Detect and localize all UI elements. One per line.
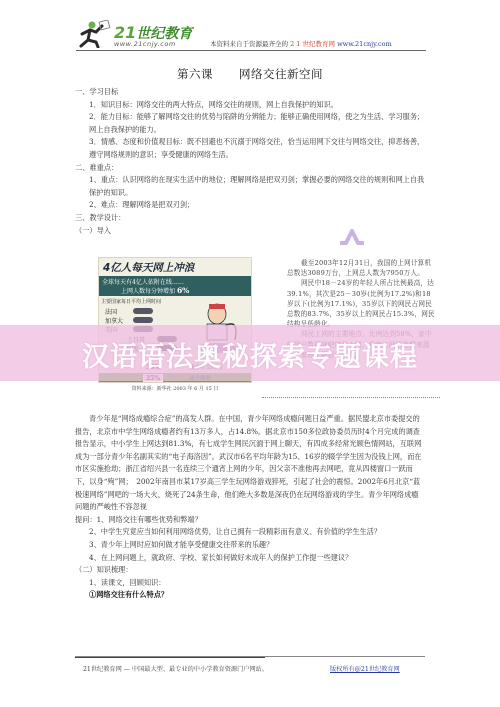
intro-section: 青少年是“网络成瘾综合症”的高发人群。在中国，青少年网络成瘾问题日益严重。据民盟… [75, 413, 425, 602]
logo-url: www.21cnjy.com [114, 40, 176, 48]
watermark-arc-icon [338, 227, 366, 245]
lesson-number: 第六课 [177, 67, 213, 81]
objective-item: 3．情感、态度和价值观目标：既不回避也不沉溺于网络交往，恰当运用网下交往与网络交… [75, 136, 425, 161]
course-banner-title[interactable]: 汉语语法奥秘探索专题课程 [0, 335, 500, 374]
stat-paragraph: 截至2003年12月31日，我国的上网计算机总数达3089万台，上网总人数为79… [287, 258, 437, 278]
runner-logo-icon [78, 20, 112, 48]
objective-item: 2．能力目标：能够了解网络交往的优势与陷阱的分辨能力；能够正确使用网络，使之为生… [75, 111, 425, 136]
figure-band-line1: 全球每天有4亿人依附在线…… [102, 277, 184, 286]
header-note-prefix: 本资料来自于资源最齐全的 [210, 40, 288, 48]
page-title: 第六课网络交往新空间 [0, 66, 500, 82]
intro-paragraph: 青少年是“网络成瘾综合症”的高发人群。在中国，青少年网络成瘾问题日益严重。据民盟… [75, 413, 425, 514]
question-line: 提问：1、网络交往有哪些优势和弊端？ [75, 514, 425, 527]
objectives-heading: 一、学习目标 [75, 86, 425, 99]
page-header: 21世纪教育 www.21cnjy.com 本资料来自于资源最齐全的 2 1 世… [76, 12, 426, 52]
key-point-item: 2、难点：理解网络是把双刃剑； [75, 199, 425, 212]
key-point-item: 1、重点：认识网络的在现实生活中的地位；理解网络是把双刃剑；掌握必要的网络交往的… [75, 174, 425, 199]
objective-item: 1．知识目标：网络交往的两大特点，网络交往的规则，网上自我保护的知识。 [75, 99, 425, 112]
question-item: 3、青少年上网时应如何做才能享受健康交往带来的乐趣？ [75, 539, 425, 552]
key-points-heading: 二、难重点： [75, 162, 425, 175]
stat-paragraph: 网民中18－24岁的年轻人所占比例最高，达39.1%，其次是25－30岁(比例为… [287, 278, 437, 329]
figure-title: 4亿人每天网上冲浪 [103, 260, 194, 275]
review-step: 1、读课文，回顾知识： [75, 577, 425, 590]
dotted-divider [262, 397, 440, 398]
design-heading: 三、教学设计： [75, 212, 425, 225]
lesson-topic: 网络交往新空间 [239, 67, 323, 81]
figure-caption: 资料来源：新华社 2003 年 6 月 15 日 [98, 385, 252, 392]
figure-pill [133, 317, 153, 323]
header-note-brand[interactable]: 2 1 世纪教育网 [290, 40, 335, 48]
review-question: ①网络交往有什么特点？ [75, 589, 425, 602]
header-note: 本资料来自于资源最齐全的 2 1 世纪教育网 www.21cnjy.com [210, 39, 392, 48]
question-item: 2、中学生究竟应当如何利用网络优势，让自己拥有一段精彩而有意义、有价值的学生生活… [75, 526, 425, 539]
figure-band: 全球每天有4亿人依附在线…… 上网人数每分钟增加 6% [99, 276, 252, 296]
figure-subtitle: 主要国家每日平均上网时间 [101, 298, 161, 305]
logo[interactable]: 21世纪教育 www.21cnjy.com [76, 12, 194, 50]
figure-band-line2: 上网人数每分钟增加 6% [121, 286, 189, 295]
header-divider [76, 50, 426, 51]
review-heading: （二）知识梳理： [75, 564, 425, 577]
copyright-link[interactable]: 版权所有@21世纪教育网 [330, 664, 400, 673]
header-note-url[interactable]: www.21cnjy.com [337, 40, 392, 48]
objectives-section: 一、学习目标 1．知识目标：网络交往的两大特点，网络交往的规则，网上自我保护的知… [75, 86, 425, 237]
figure-country: 法国 [105, 307, 117, 316]
footer-text: 21世纪教育网 — 中国最大型、最专业的中小学教育资源门户网站。 [83, 664, 268, 673]
figure-country: 加拿大 [105, 316, 123, 325]
figure-pill [133, 308, 153, 314]
footer-divider-accent [75, 657, 265, 658]
intro-subheading: （一）导入 [75, 225, 425, 238]
question-item: 4、在上网问题上，就政府、学校、家长如何做好未成年人的保护工作提一些建议？ [75, 552, 425, 565]
